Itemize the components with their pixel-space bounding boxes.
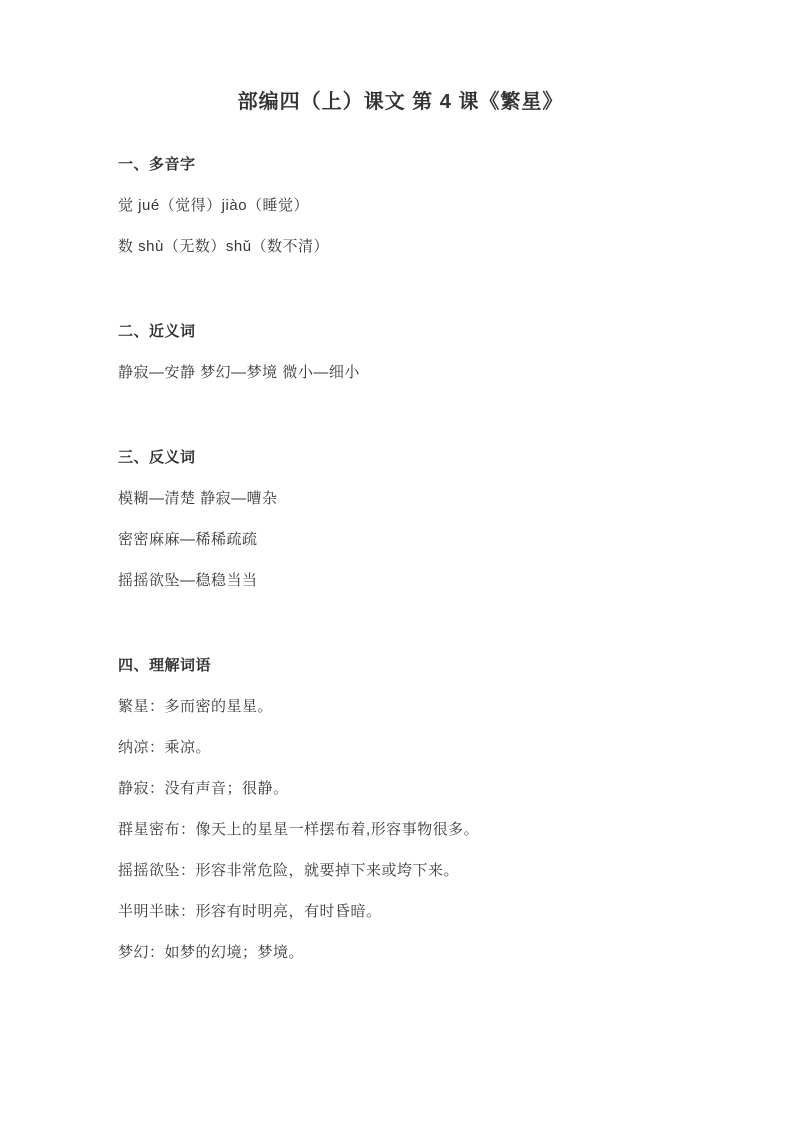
word-meaning-line: 半明半昧：形容有时明亮，有时昏暗。 (118, 891, 683, 932)
word-meaning-line: 静寂：没有声音；很静。 (118, 768, 683, 809)
section-heading-word-meanings: 四、理解词语 (118, 645, 683, 686)
antonym-line: 摇摇欲坠—稳稳当当 (118, 560, 683, 601)
word-meaning-line: 梦幻：如梦的幻境；梦境。 (118, 932, 683, 973)
word-meaning-line: 纳凉：乘凉。 (118, 727, 683, 768)
section-antonyms: 三、反义词 模糊—清楚 静寂—嘈杂 密密麻麻—稀稀疏疏 摇摇欲坠—稳稳当当 (118, 437, 683, 601)
word-meaning-line: 繁星：多而密的星星。 (118, 686, 683, 727)
section-heading-antonyms: 三、反义词 (118, 437, 683, 478)
antonym-line: 模糊—清楚 静寂—嘈杂 (118, 478, 683, 519)
page-title: 部编四（上）课文 第 4 课《繁星》 (118, 88, 683, 116)
section-heading-polyphones: 一、多音字 (118, 144, 683, 185)
word-meaning-line: 摇摇欲坠：形容非常危险，就要掉下来或垮下来。 (118, 850, 683, 891)
antonym-line: 密密麻麻—稀稀疏疏 (118, 519, 683, 560)
section-word-meanings: 四、理解词语 繁星：多而密的星星。 纳凉：乘凉。 静寂：没有声音；很静。 群星密… (118, 645, 683, 973)
polyphone-line: 觉 jué（觉得）jiào（睡觉） (118, 185, 683, 226)
section-synonyms: 二、近义词 静寂—安静 梦幻—梦境 微小—细小 (118, 311, 683, 393)
section-polyphones: 一、多音字 觉 jué（觉得）jiào（睡觉） 数 shù（无数）shǔ（数不清… (118, 144, 683, 267)
document-page: 部编四（上）课文 第 4 课《繁星》 一、多音字 觉 jué（觉得）jiào（睡… (0, 0, 793, 1122)
word-meaning-line: 群星密布：像天上的星星一样摆布着,形容事物很多。 (118, 809, 683, 850)
polyphone-line: 数 shù（无数）shǔ（数不清） (118, 226, 683, 267)
section-heading-synonyms: 二、近义词 (118, 311, 683, 352)
synonym-line: 静寂—安静 梦幻—梦境 微小—细小 (118, 352, 683, 393)
